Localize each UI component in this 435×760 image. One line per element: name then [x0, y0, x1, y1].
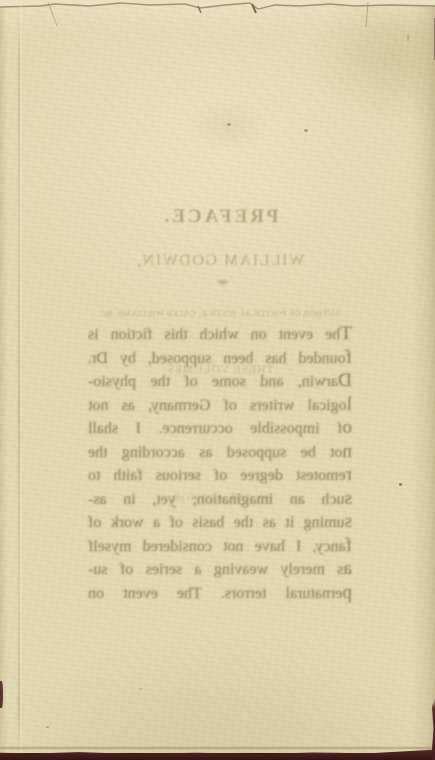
cover-left-edge [0, 681, 3, 708]
book-scan: PREFACE. WILLIAM GODWIN, AUTHOR OF POLIT… [0, 0, 435, 760]
paper-page [0, 0, 435, 753]
page-bottom-edge-shadow [0, 747, 435, 749]
